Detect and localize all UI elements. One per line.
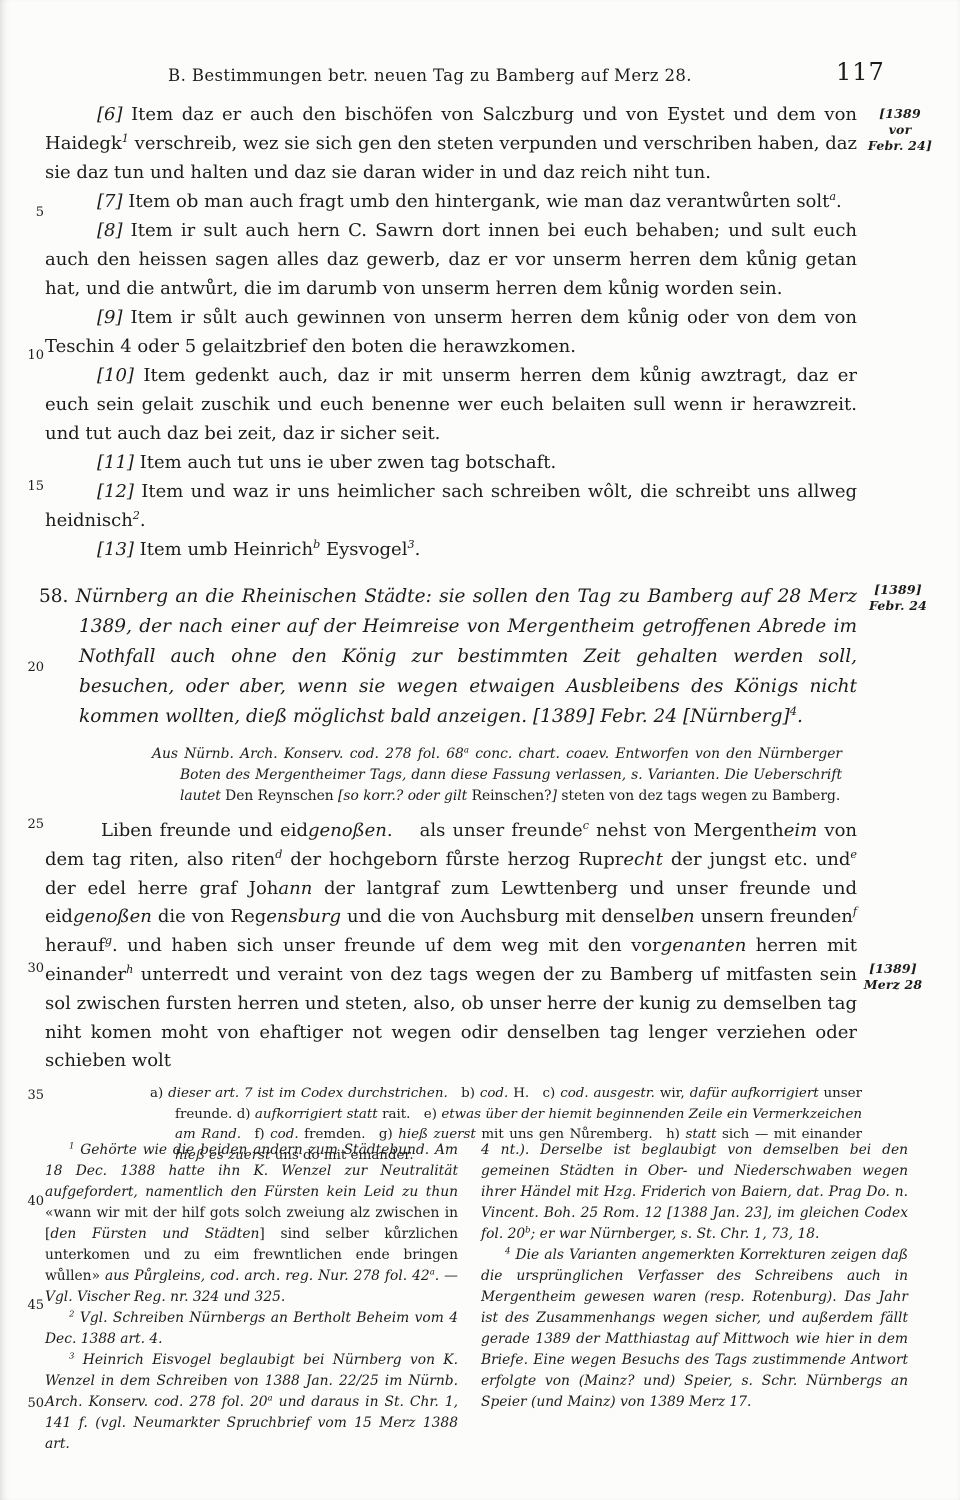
letter-text: Liben freunde und eidgenoßen. als unser … xyxy=(45,817,857,1076)
item-paragraph-8: [8] Item ir sult auch hern C. Sawrn dort… xyxy=(45,216,857,303)
running-head-title: B. Bestimmungen betr. neuen Tag zu Bambe… xyxy=(168,66,692,85)
item-paragraph-6: [6] Item daz er auch den bischöfen von S… xyxy=(45,100,857,187)
date-note-1: [1389vorFebr. 24] xyxy=(854,106,946,154)
footnotes-left-column: 1 Gehörte wie die beiden andern zum Städ… xyxy=(45,1140,458,1455)
line-number-15: 15 xyxy=(22,479,44,494)
footnote-4: 4 Die als Varianten angemerkten Korrektu… xyxy=(481,1245,908,1413)
line-number-50: 50 xyxy=(22,1396,44,1411)
footnote-3-continued: 4 nt.). Derselbe ist beglaubigt von dems… xyxy=(481,1140,908,1245)
footnote-1: 1 Gehörte wie die beiden andern zum Städ… xyxy=(45,1140,458,1308)
footnote-2: 2 Vgl. Schreiben Nürnbergs an Bertholt B… xyxy=(45,1308,458,1350)
scanned-book-page: B. Bestimmungen betr. neuen Tag zu Bambe… xyxy=(0,0,960,1500)
item-paragraph-11: [11] Item auch tut uns ie uber zwen tag … xyxy=(45,448,857,477)
page-number: 117 xyxy=(836,58,885,86)
line-number-20: 20 xyxy=(22,660,44,675)
running-head: B. Bestimmungen betr. neuen Tag zu Bambe… xyxy=(45,66,815,85)
item-paragraph-10: [10] Item gedenkt auch, daz ir mit unser… xyxy=(45,361,857,448)
regest-heading-58: 58. Nürnberg an die Rheinischen Städte: … xyxy=(39,582,857,732)
line-number-35: 35 xyxy=(22,1088,44,1103)
item-paragraph-12: [12] Item und waz ir uns heimlicher sach… xyxy=(45,477,857,535)
line-number-10: 10 xyxy=(22,348,44,363)
item-paragraph-13: [13] Item umb Heinrichb Eysvogel3. xyxy=(45,535,857,564)
line-number-40: 40 xyxy=(22,1194,44,1209)
footnote-3: 3 Heinrich Eisvogel beglaubigt bei Nürnb… xyxy=(45,1350,458,1455)
footnotes-right-column: 4 nt.). Derselbe ist beglaubigt von dems… xyxy=(481,1140,908,1413)
item-paragraph-9: [9] Item ir sůlt auch gewinnen von unser… xyxy=(45,303,857,361)
line-number-45: 45 xyxy=(22,1298,44,1313)
date-note-2: [1389]Febr. 24 xyxy=(856,582,940,614)
main-text-column: [6] Item daz er auch den bischöfen von S… xyxy=(45,100,857,1166)
line-number-25: 25 xyxy=(22,817,44,832)
date-note-3: [1389]Merz 28 xyxy=(851,961,935,993)
line-number-30: 30 xyxy=(22,961,44,976)
source-note: Aus Nürnb. Arch. Konserv. cod. 278 fol. … xyxy=(152,744,842,807)
line-number-5: 5 xyxy=(22,205,44,220)
item-paragraph-7: [7] Item ob man auch fragt umb den hinte… xyxy=(45,187,857,216)
